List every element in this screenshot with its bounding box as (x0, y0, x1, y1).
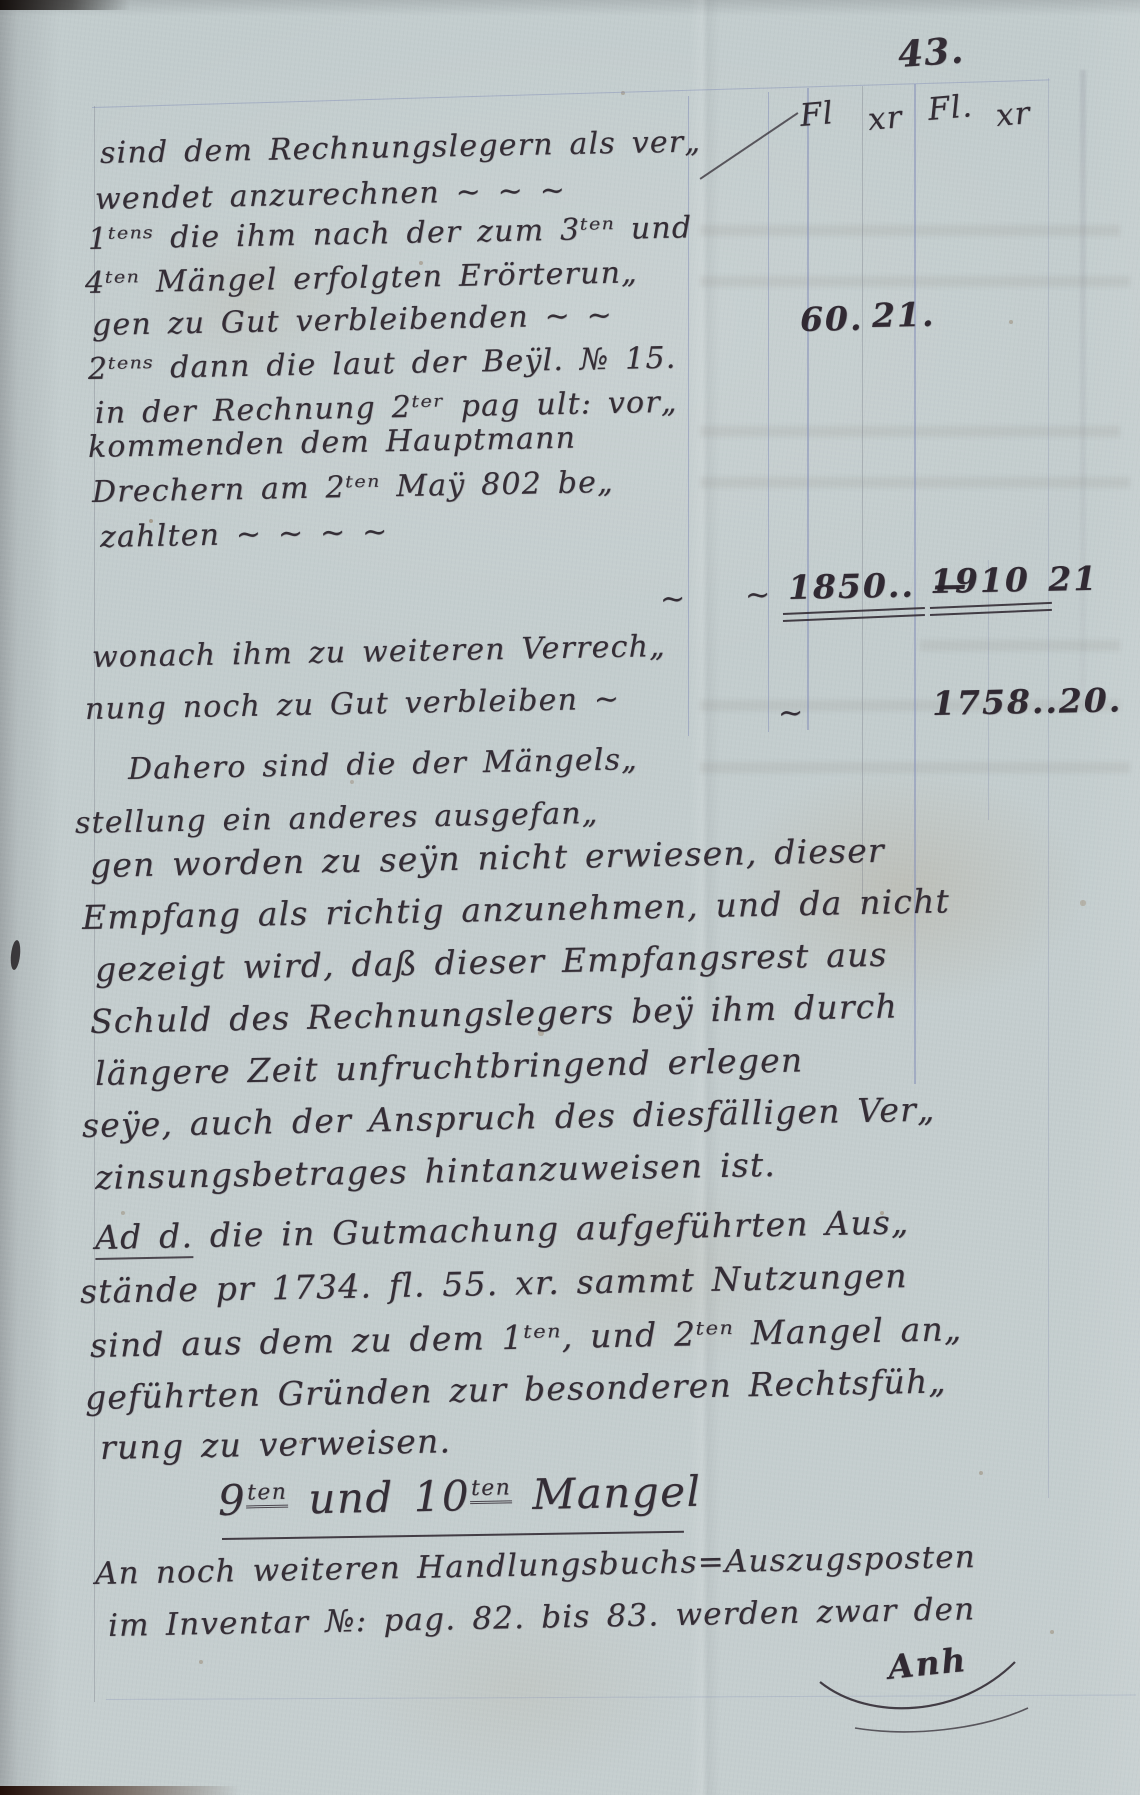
ditto-mark: ~ (745, 577, 772, 612)
manuscript-line: gezeigt wird, daß dieser Empfangsrest au… (95, 935, 888, 989)
heading-mid: und 10 (288, 1471, 471, 1523)
ruled-line-column-3 (807, 88, 809, 730)
bleed-through (700, 225, 1120, 236)
double-underline (783, 607, 925, 615)
heading-underline (222, 1531, 684, 1540)
manuscript-line: gen worden zu seÿn nicht erwiesen, diese… (90, 831, 886, 885)
manuscript-line: 4ᵗᵉⁿ Mängel erfolgten Erörterun„ (85, 255, 638, 301)
heading-ordinal-1: ten (246, 1480, 289, 1509)
heading-number-1: 9 (218, 1475, 247, 1525)
manuscript-line: rung zu verweisen. (100, 1421, 452, 1467)
heading-ordinal-2: ten (470, 1475, 513, 1504)
double-underline (930, 609, 1052, 616)
manuscript-line: zahlten ~ ~ ~ ~ (100, 514, 389, 555)
manuscript-line: Empfang als richtig anzunehmen, und da n… (82, 881, 951, 937)
amount-florin: 60. (800, 299, 864, 339)
page-edge-bottom (0, 1786, 240, 1795)
ditto-mark: ~ (778, 695, 805, 730)
manuscript-line: sind aus dem zu dem 1ᵗᵉⁿ, und 2ᵗᵉⁿ Mange… (90, 1309, 963, 1365)
manuscript-line: Ad d. die in Gutmachung aufgeführten Aus… (95, 1202, 910, 1257)
column-header-florin-2: Fl. (926, 88, 974, 128)
annotation-text: die in Gutmachung aufgeführten Aus„ (193, 1202, 910, 1255)
paper-crease-right (1080, 70, 1086, 710)
amount-total-right: 1910 21 (930, 559, 1099, 601)
manuscript-line: sind dem Rechnungslegern als ver„ (100, 124, 702, 171)
manuscript-line: Drechern am 2ᵗᵉⁿ Maÿ 802 be„ (92, 465, 614, 510)
manuscript-line: stellung ein anderes ausgefan„ (75, 796, 599, 841)
ruled-line-column-2 (768, 92, 769, 732)
manuscript-line: 2ᵗᵉⁿˢ dann die laut der Beÿl. № 15. (88, 341, 677, 387)
ink-blot (9, 940, 21, 971)
manuscript-line: stände pr 1734. fl. 55. xr. sammt Nutzun… (80, 1256, 908, 1311)
ruled-line-column-4 (862, 86, 863, 906)
page-number: 43. (897, 29, 966, 76)
manuscript-line: im Inventar №: pag. 82. bis 83. werden z… (108, 1591, 976, 1644)
annotation-marker: Ad d. (95, 1216, 194, 1260)
bleed-through (700, 426, 1120, 437)
amount-kreuzer: 21. (872, 295, 936, 335)
manuscript-page: 43. Fl xr Fl. xr sind dem Rechnungsleger… (0, 0, 1140, 1795)
ruled-line-right-margin (1048, 78, 1049, 1498)
amount-remainder: 1758..20. (932, 680, 1123, 723)
ruled-line-column-1 (688, 96, 689, 736)
column-header-florin-1: Fl (798, 95, 835, 134)
page-edge-top (0, 0, 130, 10)
double-underline (783, 614, 925, 622)
manuscript-line: Schuld des Rechnungslegers beÿ ihm durch (90, 986, 899, 1041)
ruled-line-top (92, 79, 1050, 108)
section-heading: 9ten und 10ten Mangel (218, 1467, 702, 1525)
ditto-mark: ~ (660, 581, 687, 616)
paper-specks (0, 0, 2, 2)
manuscript-line: zinsungsbetrages hintanzuweisen ist. (95, 1145, 777, 1197)
manuscript-line: geführten Gründen zur besonderen Rechtsf… (85, 1361, 947, 1417)
manuscript-line: gen zu Gut verbleibenden ~ ~ (92, 298, 614, 343)
column-header-kreuzer-1: xr (866, 99, 904, 138)
manuscript-line: seÿe, auch der Anspruch des diesfälligen… (82, 1090, 936, 1145)
manuscript-line: nung noch zu Gut verbleiben ~ (85, 682, 621, 727)
manuscript-line: An noch weiteren Handlungsbuchs=Auszugsp… (95, 1539, 977, 1592)
column-header-kreuzer-2: xr (994, 95, 1032, 134)
manuscript-line: wonach ihm zu weiteren Verrech„ (92, 629, 667, 675)
manuscript-line: 1ᵗᵉⁿˢ die ihm nach der zum 3ᵗᵉⁿ und (88, 210, 693, 257)
bleed-through (920, 640, 1120, 651)
manuscript-line: wendet anzurechnen ~ ~ ~ (95, 173, 567, 217)
catchword-flourish (800, 1642, 1050, 1742)
heading-word: Mangel (512, 1467, 702, 1520)
manuscript-line: Dahero sind die der Mängels„ (128, 742, 639, 787)
